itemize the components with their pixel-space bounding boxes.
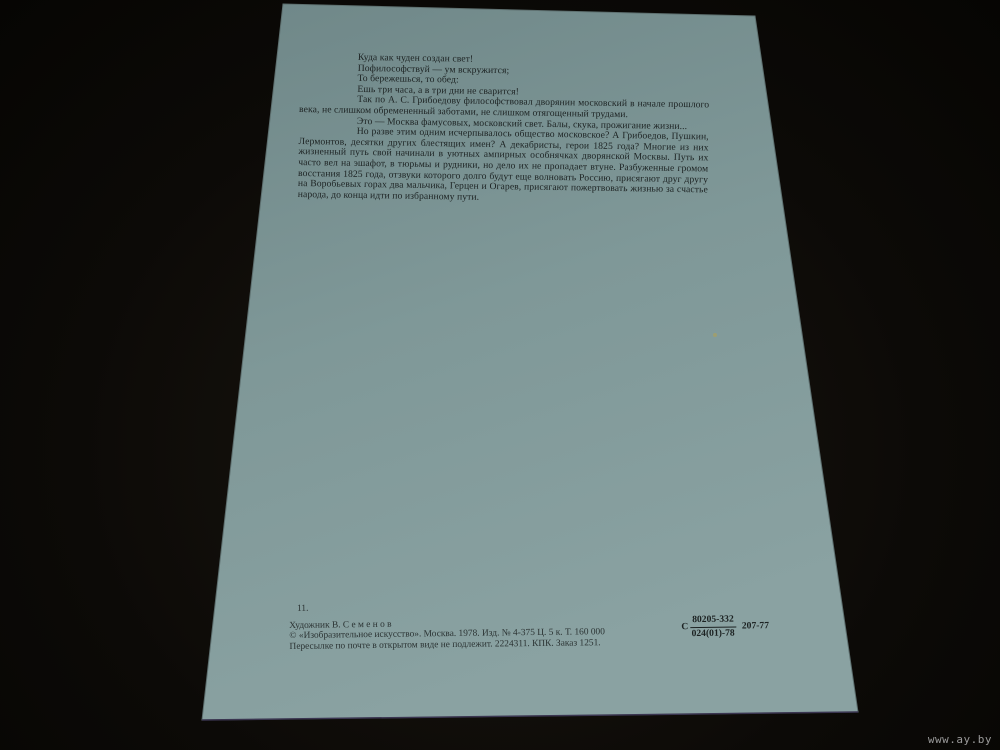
body-text: Куда как чуден создан свет! Пофилософств… — [298, 52, 710, 207]
paper-speck — [713, 333, 717, 337]
catalog-index: С 80205-332 024(01)-78 207-77 — [681, 614, 769, 639]
paragraph: Но разве этим одним исчерпывалось общест… — [298, 126, 709, 207]
catalog-prefix: С — [681, 622, 688, 633]
site-watermark: www.ay.by — [928, 733, 992, 746]
verse-quote: Куда как чуден создан свет! Пофилософств… — [357, 53, 710, 101]
catalog-denominator: 024(01)-78 — [691, 627, 734, 639]
catalog-numerator: 80205-332 — [690, 615, 736, 628]
imprint: 11. Художник В. С е м е н о в © «Изобраз… — [289, 598, 790, 652]
catalog-suffix: 207-77 — [742, 621, 769, 632]
catalog-fraction: 80205-332 024(01)-78 — [690, 615, 736, 640]
